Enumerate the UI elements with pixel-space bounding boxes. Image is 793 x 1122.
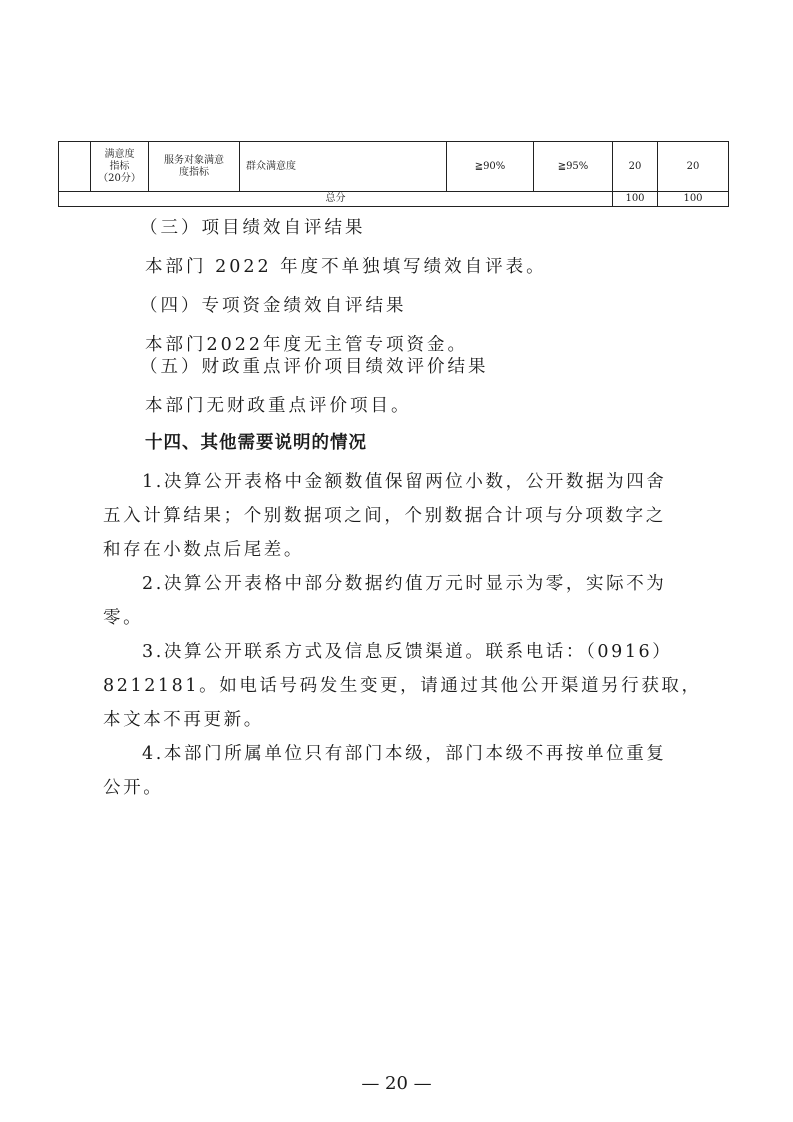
section-heading-14: 十四、其他需要说明的情况 xyxy=(145,432,367,454)
table-cell-indicator-subcategory: 服务对象满意度指标 xyxy=(149,142,240,192)
page-number: — 20 — xyxy=(0,1073,793,1094)
section-heading-4: （四）专项资金绩效自评结果 xyxy=(140,295,407,317)
item-1-line-3: 和存在小数点后尾差。 xyxy=(103,539,304,561)
section-heading-5: （五）财政重点评价项目绩效评价结果 xyxy=(140,356,489,378)
table-row-total: 总分 100 100 xyxy=(59,192,729,207)
item-4-line-2: 公开。 xyxy=(103,777,163,799)
section-body-4: 本部门2022年度无主管专项资金。 xyxy=(145,334,468,356)
table-cell-blank xyxy=(59,142,91,192)
item-3-line-1: 3.决算公开联系方式及信息反馈渠道。联系电话：（0916） xyxy=(142,641,672,663)
table-cell-weight: 20 xyxy=(613,142,658,192)
item-4-line-1: 4.本部门所属单位只有部门本级，部门本级不再按单位重复 xyxy=(142,743,666,765)
table-cell-total-label: 总分 xyxy=(59,192,613,207)
table-cell-total-weight: 100 xyxy=(613,192,658,207)
performance-table: 满意度指标（20分） 服务对象满意度指标 群众满意度 ≧90% ≧95% 20 … xyxy=(58,141,729,207)
item-3-line-2: 8212181。如电话号码发生变更，请通过其他公开渠道另行获取， xyxy=(103,675,702,697)
table-cell-indicator-category: 满意度指标（20分） xyxy=(91,142,149,192)
item-3-line-3: 本文本不再更新。 xyxy=(103,709,264,731)
table-cell-actual: ≧95% xyxy=(534,142,613,192)
table-cell-score: 20 xyxy=(658,142,729,192)
item-2-line-1: 2.决算公开表格中部分数据约值万元时显示为零，实际不为 xyxy=(142,573,666,595)
table-cell-total-score: 100 xyxy=(658,192,729,207)
section-heading-3: （三）项目绩效自评结果 xyxy=(140,217,366,239)
item-1-line-2: 五入计算结果；个别数据项之间，个别数据合计项与分项数字之 xyxy=(103,505,666,527)
item-1-line-1: 1.决算公开表格中金额数值保留两位小数，公开数据为四舍 xyxy=(142,471,666,493)
table-cell-indicator-name: 群众满意度 xyxy=(240,142,447,192)
item-2-line-2: 零。 xyxy=(103,607,143,629)
section-body-3: 本部门 2022 年度不单独填写绩效自评表。 xyxy=(145,256,547,278)
table-row-satisfaction: 满意度指标（20分） 服务对象满意度指标 群众满意度 ≧90% ≧95% 20 … xyxy=(59,142,729,192)
section-body-5: 本部门无财政重点评价项目。 xyxy=(145,395,412,417)
table-cell-target: ≧90% xyxy=(447,142,534,192)
